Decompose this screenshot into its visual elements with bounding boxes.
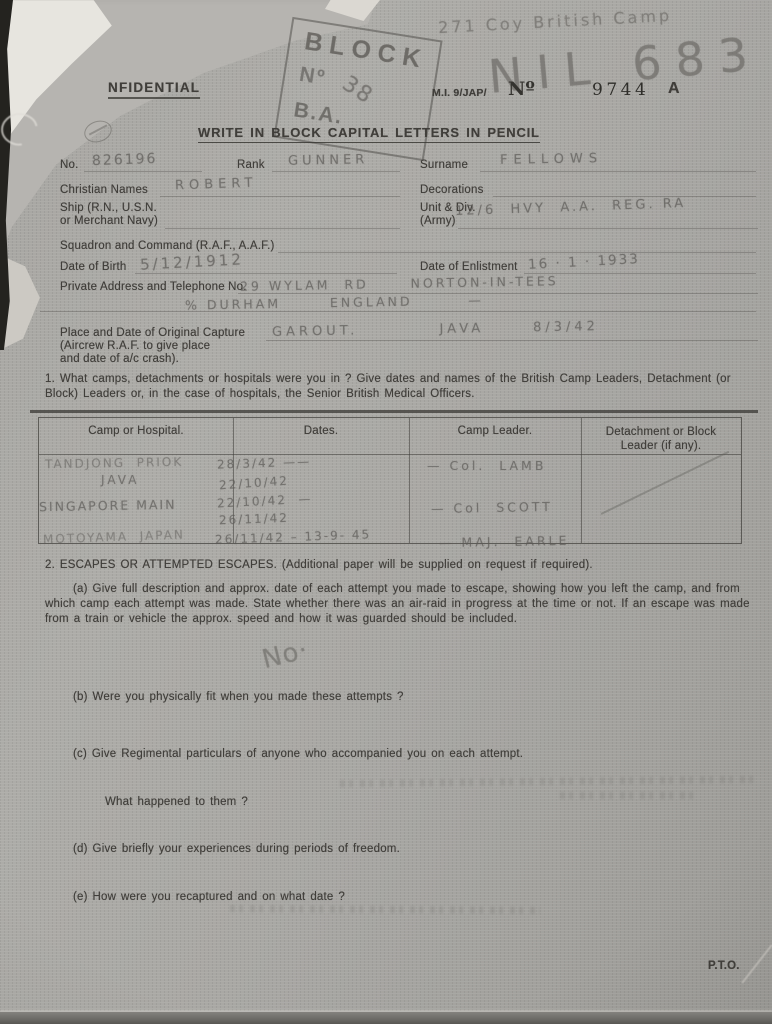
table-header-dates: Dates. — [233, 425, 409, 437]
field-christian-line — [160, 196, 400, 197]
field-capture-label1: Place and Date of Original Capture — [60, 327, 245, 339]
dates-entry-1: 28/3/42 —— — [217, 454, 312, 471]
bleed-through-line-1 — [340, 776, 760, 787]
block-stamp-no: Nº — [298, 63, 328, 91]
field-no-label: No. — [60, 159, 79, 171]
field-unit-line — [458, 228, 758, 229]
form-ref: M.I. 9/JAP/ — [432, 87, 487, 99]
table-top-rule — [30, 410, 758, 413]
pto-label: P.T.O. — [708, 960, 740, 972]
field-dob-label: Date of Birth — [60, 261, 127, 273]
question-2e-text: (e) How were you recaptured and on what … — [73, 890, 753, 905]
field-rank-label: Rank — [237, 159, 265, 171]
field-capture-line — [266, 340, 758, 341]
field-decorations-line — [493, 196, 756, 197]
question-2a-text: (a) Give full description and approx. da… — [45, 582, 761, 628]
field-surname-value: FELLOWS — [500, 151, 603, 168]
field-dob-value: 5/12/1912 — [140, 250, 245, 273]
page-corner-curl — [741, 944, 772, 983]
field-surname-label: Surname — [420, 159, 468, 171]
page-title: WRITE IN BLOCK CAPITAL LETTERS IN PENCIL — [198, 125, 540, 143]
leader-entry-3: — MAJ. EARLE — [439, 533, 570, 550]
confidential-label: NFIDENTIAL — [108, 80, 200, 99]
field-address-label: Private Address and Telephone No. — [60, 281, 247, 293]
field-capture-label3: and date of a/c crash). — [60, 353, 179, 365]
question-2-heading: 2. ESCAPES OR ATTEMPTED ESCAPES. (Additi… — [45, 558, 761, 573]
bleed-through-line-3 — [230, 905, 540, 914]
field-rank-line — [272, 171, 400, 172]
table-header-detachment: Detachment or Block Leader (if any). — [591, 425, 731, 454]
page-bottom-edge — [0, 1012, 772, 1024]
scanned-pow-questionnaire: NFIDENTIAL BLOCK Nº 38 B.A. 271 Coy Brit… — [0, 0, 772, 1024]
field-decorations-label: Decorations — [420, 184, 484, 196]
field-ship-line — [165, 228, 400, 229]
leader-entry-2: — Col SCOTT — [431, 499, 553, 516]
question-1-text: 1. What camps, detachments or hospitals … — [45, 372, 761, 402]
field-christian-label: Christian Names — [60, 184, 148, 196]
field-ship-label1: Ship (R.N., U.S.N. — [60, 202, 157, 214]
dates-entry-2: 22/10/42 — [219, 474, 290, 493]
field-ship-label2: or Merchant Navy) — [60, 215, 158, 227]
field-no-line — [84, 171, 202, 172]
field-enlist-value: 16 · 1 · 1933 — [528, 251, 641, 273]
table-col-sep-3 — [581, 418, 582, 543]
camp-entry-4: MOTOYAMA JAPAN — [43, 528, 185, 547]
field-no-value: 826196 — [92, 151, 158, 169]
bleed-through-line-2 — [560, 792, 700, 799]
camp-table: Camp or Hospital. Dates. Camp Leader. De… — [38, 417, 742, 544]
field-address-value1: 29 WYLAM RD NORTON-IN-TEES — [240, 273, 559, 294]
field-christian-value: ROBERT — [175, 176, 258, 194]
field-rank-value: GUNNER — [288, 152, 369, 168]
dates-entry-5: 26/11/42 – 13-9- 45 — [215, 527, 372, 546]
camp-entry-3: SINGAPORE MAIN — [39, 497, 177, 514]
field-surname-line — [480, 171, 756, 172]
pencil-note-top: 271 Coy British Camp — [438, 6, 673, 37]
field-unit-value: 12/6 HVY A.A. REG. RA — [455, 196, 687, 219]
block-stamp-no-value: 38 — [338, 71, 378, 109]
question-2d-text: (d) Give briefly your experiences during… — [73, 842, 753, 857]
question-2b-text: (b) Were you physically fit when you mad… — [73, 690, 753, 705]
field-address-line2 — [40, 311, 756, 312]
field-address-line1 — [238, 293, 758, 294]
field-dob-line — [135, 273, 397, 274]
camp-entry-1: TANDJONG PRIOK — [45, 455, 183, 471]
table-header-leader: Camp Leader. — [409, 425, 581, 437]
serial-number: 9744 — [592, 80, 649, 100]
table-header-camp: Camp or Hospital. — [39, 425, 233, 437]
question-2c-text: (c) Give Regimental particulars of anyon… — [73, 747, 753, 762]
serial-suffix: A — [668, 80, 680, 98]
field-capture-label2: (Aircrew R.A.F. to give place — [60, 340, 210, 352]
field-unit-label2: (Army) — [420, 215, 456, 227]
leader-entry-1: — Col. LAMB — [427, 458, 546, 473]
serial-no-label: Nº — [508, 78, 535, 100]
dates-entry-4: 26/11/42 — [219, 511, 289, 527]
detachment-diagonal-stroke — [601, 451, 729, 515]
field-address-value2: % DURHAM ENGLAND — — [185, 292, 484, 312]
dates-entry-3: 22/10/42 — — [217, 492, 313, 511]
field-capture-value: GAROUT. JAVA 8/3/42 — [272, 319, 599, 340]
field-squadron-line — [278, 252, 756, 253]
camp-entry-2: JAVA — [101, 473, 139, 487]
field-enlist-label: Date of Enlistment — [420, 261, 518, 273]
hand-answer-no: No· — [259, 635, 311, 675]
